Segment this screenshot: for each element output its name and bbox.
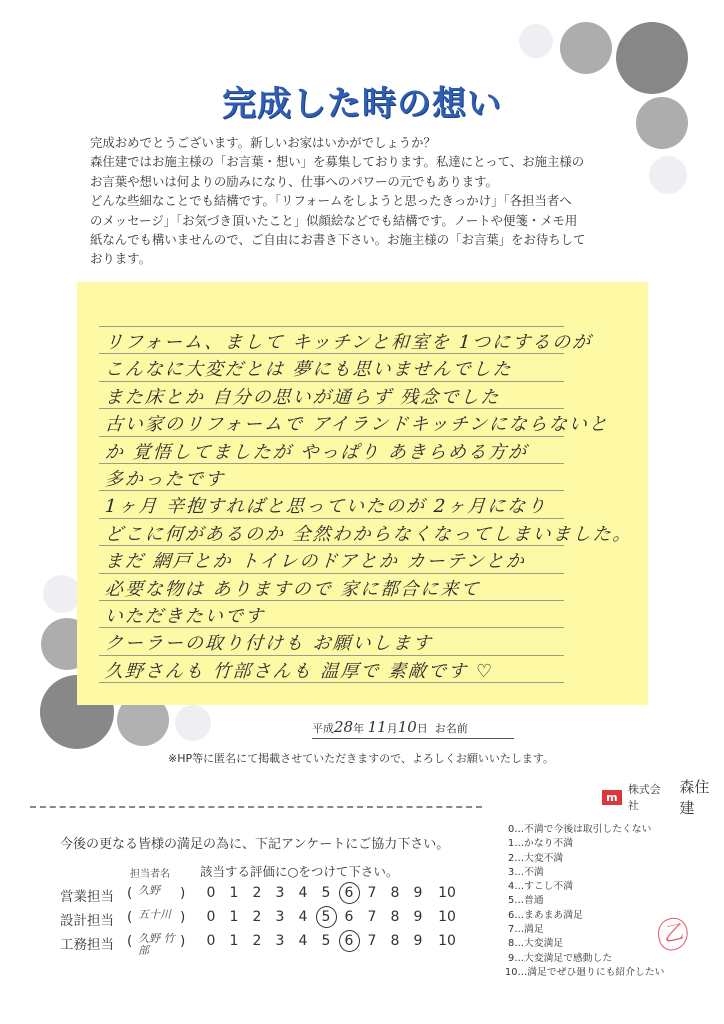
handwritten-line: どこに何があるのか 全然わからなくなってしまいました。 [104,520,634,546]
score-option-10[interactable]: 10 [432,885,462,901]
decorative-circle [560,22,612,74]
handwritten-line: クーラーの取り付けも お願いします [104,629,434,655]
score-option-3[interactable]: 3 [269,933,291,949]
handwritten-line: 久野さんも 竹部さんも 温厚で 素敵です ♡ [104,657,495,683]
legend-item: 3…不満 [508,866,664,880]
paren-open: ( [127,933,132,949]
score-option-4[interactable]: 4 [292,885,314,901]
ruled-line [99,655,564,656]
decorative-circle [175,705,211,741]
publication-notice: ※HP等に匿名にて掲載させていただきますので、よろしくお願いいたします。 [168,750,554,766]
score-option-6-selected[interactable]: 6 [338,885,360,901]
intro-line: お言葉や想いは何よりの励みになり、仕事へのパワーの元でもあります。 [90,172,530,191]
handwritten-line: 古い家のリフォームで アイランドキッチンにならないと [104,410,610,436]
legend-item: 5…普通 [508,894,664,908]
score-option-0[interactable]: 0 [200,909,222,925]
legend-item: 9…大変満足で感動した [508,952,664,966]
score-option-2[interactable]: 2 [246,933,268,949]
rating-legend: 0…不満で今後は取引したくない 1…かなり不満 2…大変不満 3…不満 4…すこ… [508,823,664,980]
handwritten-line: リフォーム、まして キッチンと和室を 1つにするのが [104,328,593,354]
legend-item: 0…不満で今後は取引したくない [508,823,664,837]
date-name-field[interactable]: 平成28年 11月10日 お名前 [312,718,514,739]
score-option-7[interactable]: 7 [361,909,383,925]
score-option-0[interactable]: 0 [200,933,222,949]
score-option-7[interactable]: 7 [361,885,383,901]
score-option-5[interactable]: 5 [315,933,337,949]
company-name: 森住建 [679,776,724,818]
role-label: 設計担当 [60,909,114,929]
handwritten-line: いただきたいです [104,602,266,628]
score-option-3[interactable]: 3 [269,909,291,925]
handwritten-line: 1ヶ月 辛抱すればと思っていたのが 2ヶ月になり [104,492,548,518]
score-option-10[interactable]: 10 [432,909,462,925]
cut-line-divider [30,806,482,808]
legend-item: 4…すこし不満 [508,880,664,894]
intro-paragraph: 完成おめでとうございます。新しいお家はいかがでしょうか？ 森住建ではお施主様の「… [90,133,530,269]
survey-instruction: 該当する評価に○をつけて下さい。 [200,862,398,880]
handwritten-line: 多かったです [104,465,226,491]
handwritten-line: まだ 網戸とか トイレのドアとか カーテンとか [104,547,527,573]
era-label: 平成 [312,722,334,735]
company-logo: m 株式会社 森住建 [602,776,724,818]
intro-line: 紙なんでも構いませんので、ご自由にお書き下さい。お施主様の「お言葉」をお待ちして [90,230,530,249]
score-option-9[interactable]: 9 [407,909,429,925]
score-option-5-selected[interactable]: 5 [315,909,337,925]
year-value: 28 [334,718,353,736]
score-option-6[interactable]: 6 [338,909,360,925]
decorative-circle [43,575,81,613]
score-option-7[interactable]: 7 [361,933,383,949]
decorative-circle [519,24,553,58]
score-option-4[interactable]: 4 [292,933,314,949]
paren-close: ) [180,909,185,925]
handwritten-line: か 覚悟してましたが やっぱり あきらめる方が [104,438,529,464]
intro-line: 森住建ではお施主様の「お言葉・想い」を募集しております。私達にとって、お施主様の [90,152,530,171]
ruled-line [99,381,564,382]
score-option-1[interactable]: 1 [223,933,245,949]
score-option-1[interactable]: 1 [223,885,245,901]
intro-line: どんな些細なことでも結構です。「リフォームをしようと思ったきっかけ」「各担当者へ [90,191,530,210]
legend-item: 6…まあまあ満足 [508,909,664,923]
ruled-line [99,436,564,437]
staff-name: 久野 竹部 [138,933,178,957]
page-title: 完成した時の想い [0,76,724,125]
legend-item: 10…満足でぜひ廻りにも紹介したい [505,966,664,980]
staff-name-label: 担当者名 [130,865,170,880]
handwritten-note-paper: リフォーム、まして キッチンと和室を 1つにするのが こんなに大変だとは 夢にも… [77,282,648,705]
staff-name: 久野 [138,885,160,897]
paren-open: ( [127,909,132,925]
score-option-2[interactable]: 2 [246,885,268,901]
company-prefix: 株式会社 [628,781,672,813]
paren-close: ) [180,885,185,901]
legend-item: 7…満足 [508,923,664,937]
name-label: お名前 [435,722,468,735]
score-option-4[interactable]: 4 [292,909,314,925]
score-option-2[interactable]: 2 [246,909,268,925]
company-logo-icon: m [602,790,622,805]
legend-item: 8…大変満足 [508,937,664,951]
score-option-8[interactable]: 8 [384,933,406,949]
survey-heading: 今後の更なる皆様の満足の為に、下記アンケートにご協力下さい。 [60,833,449,852]
handwritten-line: 必要な物は ありますので 家に都合に来て [104,575,481,601]
score-option-5[interactable]: 5 [315,885,337,901]
staff-name: 五十川 [138,909,171,921]
legend-item: 1…かなり不満 [508,837,664,851]
ruled-line [99,326,564,327]
day-value: 10 [398,718,417,736]
role-label: 営業担当 [60,885,114,905]
ruled-line [99,518,564,519]
score-option-0[interactable]: 0 [200,885,222,901]
legend-item: 2…大変不満 [508,852,664,866]
score-option-6-selected[interactable]: 6 [338,933,360,949]
score-option-1[interactable]: 1 [223,909,245,925]
decorative-circle [649,156,687,194]
handwritten-line: また床とか 自分の思いが通らず 残念でした [104,383,501,409]
handwritten-line: こんなに大変だとは 夢にも思いませんでした [104,355,514,381]
score-option-9[interactable]: 9 [407,933,429,949]
intro-line: 完成おめでとうございます。新しいお家はいかがでしょうか？ [90,133,530,152]
day-unit: 日 [417,722,428,735]
score-option-9[interactable]: 9 [407,885,429,901]
score-option-10[interactable]: 10 [432,933,462,949]
month-value: 11 [368,718,387,736]
ruled-line [99,573,564,574]
intro-line: おります。 [90,249,530,268]
year-unit: 年 [353,722,364,735]
score-option-8[interactable]: 8 [384,909,406,925]
role-label: 工務担当 [60,933,114,953]
score-option-8[interactable]: 8 [384,885,406,901]
score-option-3[interactable]: 3 [269,885,291,901]
intro-line: のメッセージ」「お気づき頂いたこと」似顔絵などでも結構です。ノートや便箋・メモ用 [90,211,530,230]
month-unit: 月 [387,722,398,735]
paren-open: ( [127,885,132,901]
paren-close: ) [180,933,185,949]
